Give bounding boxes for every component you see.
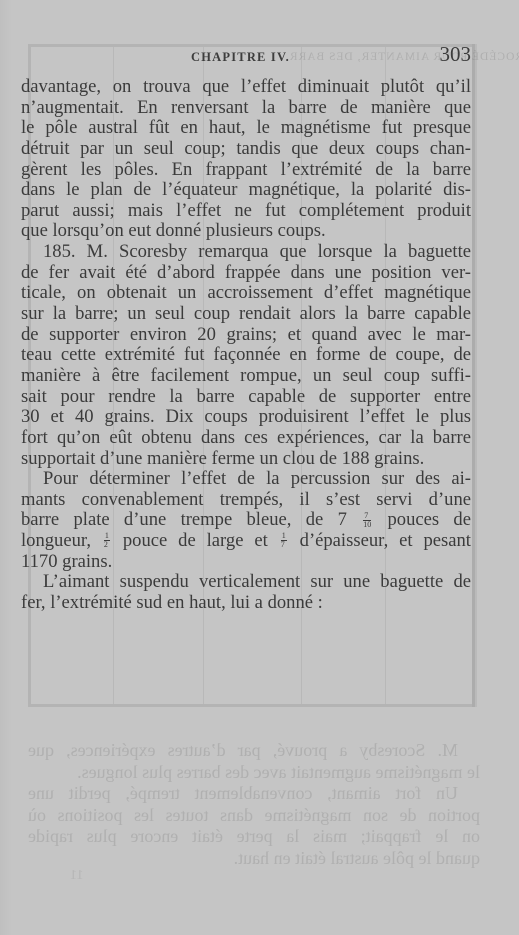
fraction-denominator: 2 — [104, 541, 110, 549]
text-segment: d’épaisseur, et pesant — [300, 530, 471, 551]
text-segment: pouce de large et — [123, 530, 268, 551]
paragraph-185-start: 185. M. Scoresby remarqua que lorsque la… — [21, 242, 471, 263]
text-segment: pouces de — [388, 509, 472, 530]
text-line: 1170 grains. — [21, 552, 471, 573]
running-header: CHAPITRE IV. 303 — [21, 44, 471, 74]
body-text: davantage, on trouva que l’effet diminua… — [21, 77, 471, 614]
text-line: le pôle austral fût en haut, le magnétis… — [21, 118, 471, 139]
fraction-one-seventh: 17 — [281, 532, 287, 549]
text-line: détruit par un seul coup; tandis que deu… — [21, 139, 471, 160]
text-line: mants convenablement trempés, il s’est s… — [21, 490, 471, 511]
text-line: 30 et 40 grains. Dix coups produisirent … — [21, 407, 471, 428]
text-line: fer, l’extrémité sud en haut, lui a donn… — [21, 593, 471, 614]
bleed-line: portion de son magnétisme dans toutes le… — [28, 805, 480, 827]
bleed-line: on le frappait; mais la perte était enco… — [28, 826, 480, 848]
fraction-denominator: 10 — [363, 521, 371, 529]
ghost-table-edge — [472, 44, 477, 707]
text-line: gèrent les pôles. En frappant l’extrémit… — [21, 160, 471, 181]
fraction-one-half: 12 — [104, 532, 110, 549]
text-line: manière à être facilement rompue, un seu… — [21, 366, 471, 387]
bleed-line: Un fort aimant, convenablement trempé, p… — [28, 783, 480, 805]
bleed-line: M. Scoresby a prouvé, par d’autres expér… — [28, 740, 480, 762]
text-line: de supporter environ 20 grains; et quand… — [21, 325, 471, 346]
text-line: sait pour rendre la barre capable de sup… — [21, 387, 471, 408]
text-line: teau cette extrémité fut façonnée en for… — [21, 345, 471, 366]
chapter-title: CHAPITRE IV. — [191, 50, 290, 65]
page-number: 303 — [440, 42, 472, 67]
text-line-with-fractions: longueur, 12 pouce de large et 17 d’épai… — [21, 531, 471, 552]
text-line: parut aussi; mais l’effet ne fut complét… — [21, 201, 471, 222]
bleed-page-number: 11 — [70, 868, 83, 884]
book-page: PROCÉDÉ POUR AIMANTER, DES BARR. CHAPITR… — [0, 0, 519, 935]
paragraph-aimant-start: L’aimant suspendu verticalement sur une … — [21, 572, 471, 593]
text-segment: longueur, — [21, 530, 91, 551]
bleed-through-text: M. Scoresby a prouvé, par d’autres expér… — [28, 740, 480, 869]
text-line: supportait d’une manière ferme un clou d… — [21, 449, 471, 470]
bleed-line: le magnétisme augmentait avec des barres… — [28, 762, 480, 784]
text-line: que lorsqu’on eut donné plusieurs coups. — [21, 221, 471, 242]
text-line: sur la barre; un seul coup rendait alors… — [21, 304, 471, 325]
text-line: dans le plan de l’équateur magnétique, l… — [21, 180, 471, 201]
text-line: n’augmentait. En renversant la barre de … — [21, 98, 471, 119]
paragraph-percussion-start: Pour déterminer l’effet de la percussion… — [21, 469, 471, 490]
text-line: ticale, on obtenait un accroissement d’e… — [21, 283, 471, 304]
text-line-with-fraction: barre plate d’une trempe bleue, de 7 710… — [21, 510, 471, 531]
bleed-line: quand le pôle austral était en haut. — [28, 848, 480, 870]
fraction-denominator: 7 — [281, 541, 287, 549]
text-segment: barre plate d’une trempe bleue, de 7 — [21, 509, 347, 530]
fraction-seven-tenths: 710 — [363, 512, 371, 529]
text-line: de fer avait été d’abord frappée dans un… — [21, 263, 471, 284]
text-line: fort qu’on eût obtenu dans ces expérienc… — [21, 428, 471, 449]
text-line: davantage, on trouva que l’effet diminua… — [21, 77, 471, 98]
